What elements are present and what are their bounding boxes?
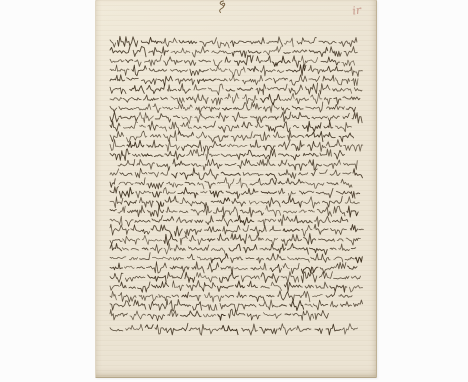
photo-background: ir (0, 0, 468, 382)
manuscript-text-block (96, 0, 376, 377)
manuscript-page: ir (95, 0, 377, 378)
